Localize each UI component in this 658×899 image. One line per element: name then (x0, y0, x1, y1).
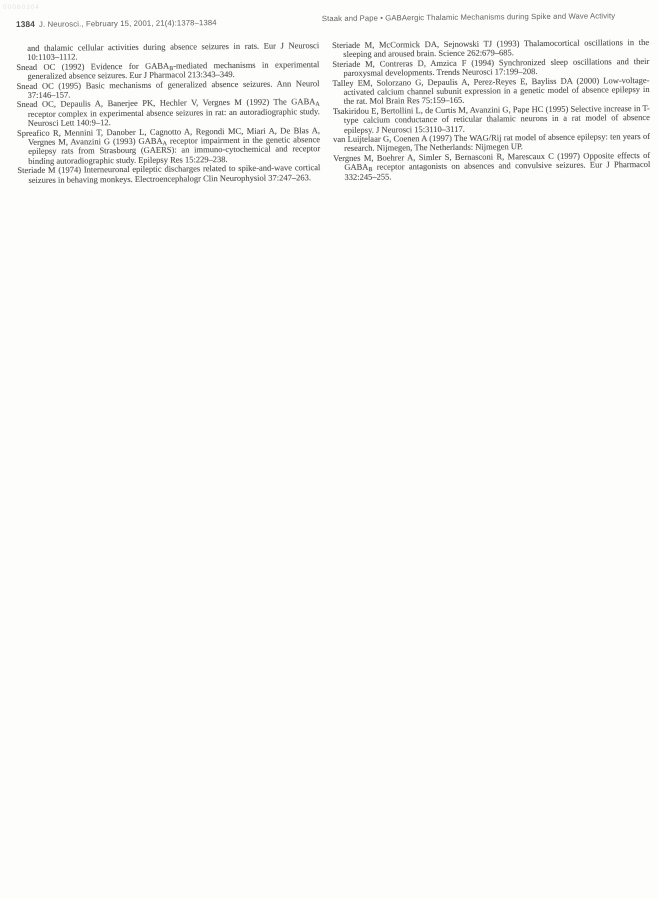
references-section: and thalamic cellular activities during … (16, 38, 658, 185)
references-right-column: Steriade M, McCormick DA, Sejnowski TJ (… (332, 38, 650, 182)
reference-item: Tsakiridou E, Bertollini L, de Curtis M,… (333, 104, 650, 135)
journal-citation: 1384J. Neurosci., February 15, 2001, 21(… (16, 17, 217, 29)
running-title: Staak and Pape • GABAergic Thalamic Mech… (322, 11, 615, 23)
page-header: 1384J. Neurosci., February 15, 2001, 21(… (0, 0, 658, 30)
references-left-column: and thalamic cellular activities during … (16, 41, 320, 185)
page-content: 1384J. Neurosci., February 15, 2001, 21(… (0, 0, 658, 185)
journal-page: 00060304 1384J. Neurosci., February 15, … (0, 0, 658, 899)
reference-item: Vergnes M, Boehrer A, Simler S, Bernasco… (333, 151, 650, 182)
page-number: 1384 (16, 19, 35, 29)
journal-info: J. Neurosci., February 15, 2001, 21(4):1… (39, 18, 217, 29)
reference-item: Snead OC, Depaulis A, Banerjee PK, Hechl… (17, 98, 320, 129)
reference-item: Steriade M (1974) Interneuronal epilepti… (17, 163, 320, 185)
reference-item: Talley EM, Solorzano G, Depaulis A, Pere… (332, 76, 649, 107)
reference-item: Spreafico R, Mennini T, Danober L, Cagno… (17, 126, 320, 167)
